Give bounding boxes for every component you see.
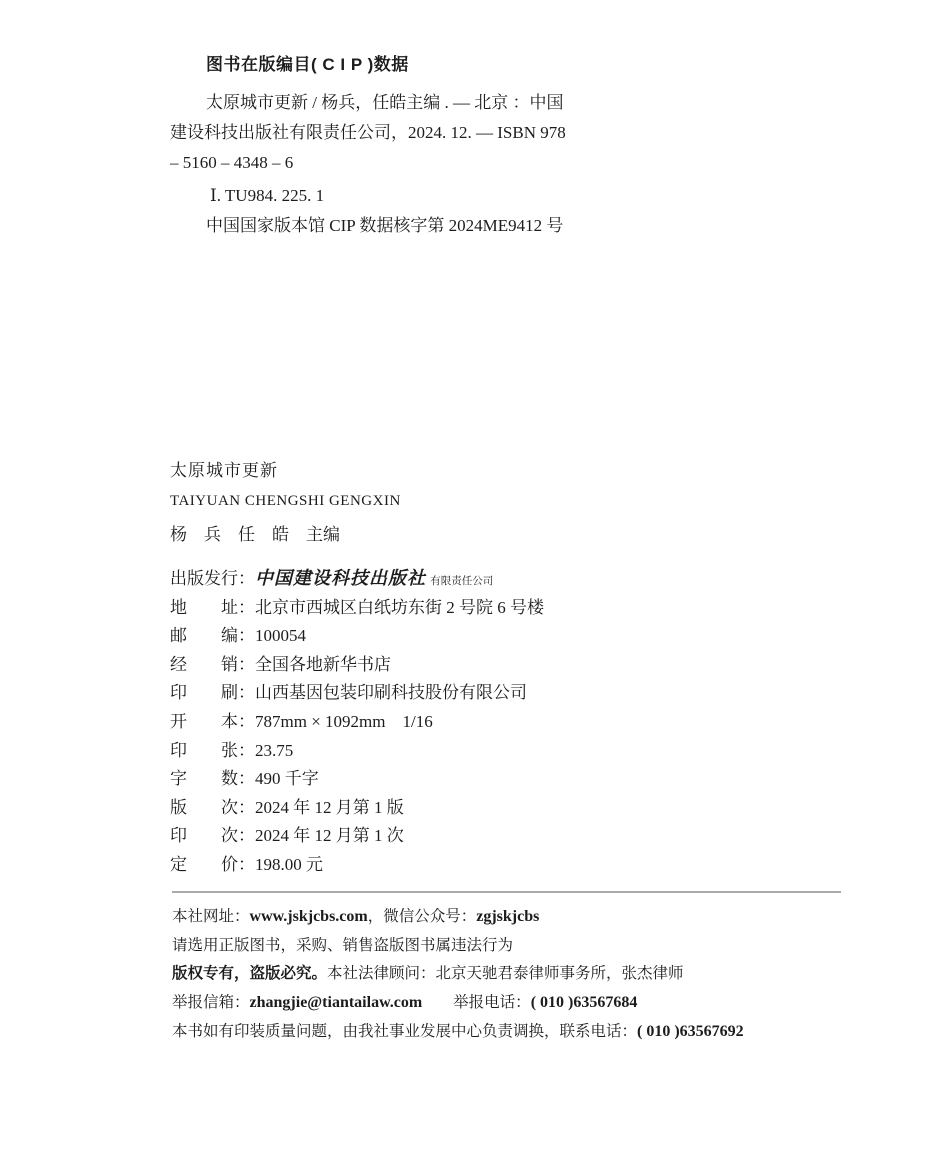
book-title: 太原城市更新 [170, 456, 670, 481]
report-phone: ( 010 )63567684 [531, 994, 638, 1011]
imprint-value: 北京市西城区白纸坊东街 2 号院 6 号楼 [255, 598, 544, 617]
quality-issue-line: 本书如有印装质量问题，由我社事业发展中心负责调换，联系电话：( 010 )635… [172, 1018, 872, 1047]
cip-record: 中国国家版本馆 CIP 数据核字第 2024ME9412 号 [170, 211, 670, 241]
title-block: 太原城市更新 TAIYUAN CHENGSHI GENGXIN 杨 兵 任 皓 … [170, 456, 670, 545]
divider-rule [172, 891, 841, 893]
imprint-label: 版 次： [170, 794, 255, 823]
imprint-label: 邮 编： [170, 622, 255, 651]
imprint-label: 经 销： [170, 651, 255, 680]
imprint-row: 版 次：2024 年 12 月第 1 版 [170, 794, 730, 823]
imprint-label: 出版发行： [170, 565, 255, 594]
imprint-label: 字 数： [170, 765, 255, 794]
imprint-row: 邮 编：100054 [170, 622, 730, 651]
cip-block: 图书在版编目( C I P )数据 太原城市更新 / 杨兵，任皓主编 . — 北… [170, 50, 670, 241]
copyright-page: 图书在版编目( C I P )数据 太原城市更新 / 杨兵，任皓主编 . — 北… [0, 0, 926, 1149]
report-email-label: 举报信箱： [172, 994, 250, 1011]
book-title-pinyin: TAIYUAN CHENGSHI GENGXIN [170, 493, 670, 510]
wechat-label: ，微信公众号： [368, 908, 477, 925]
anti-piracy-line: 请选用正版图书，采购、销售盗版图书属违法行为 [172, 932, 872, 961]
imprint-value: 全国各地新华书店 [255, 655, 391, 674]
cip-line: 太原城市更新 / 杨兵，任皓主编 . — 北京 ：中国 [170, 88, 670, 118]
imprint-row: 地 址：北京市西城区白纸坊东街 2 号院 6 号楼 [170, 594, 730, 623]
website-label: 本社网址： [172, 908, 250, 925]
copyright-notice-line: 版权专有，盗版必究。本社法律顾问：北京天驰君泰律师事务所，张杰律师 [172, 960, 872, 989]
publisher-logo: 中国建设科技出版社 [255, 568, 426, 589]
imprint-row: 印 张：23.75 [170, 737, 730, 766]
quality-issue-text: 本书如有印装质量问题，由我社事业发展中心负责调换，联系电话： [172, 1023, 637, 1040]
cip-heading: 图书在版编目( C I P )数据 [170, 50, 670, 80]
imprint-row-publisher: 出版发行：中国建设科技出版社 有限责任公司 [170, 565, 730, 594]
imprint-row: 印 刷：山西基因包装印刷科技股份有限公司 [170, 679, 730, 708]
imprint-value: 2024 年 12 月第 1 版 [255, 798, 404, 817]
footer-block: 本社网址：www.jskjcbs.com，微信公众号：zgjskjcbs 请选用… [172, 903, 872, 1046]
editors-line: 杨 兵 任 皓 主编 [170, 520, 670, 545]
imprint-row: 字 数：490 千字 [170, 765, 730, 794]
imprint-label: 开 本： [170, 708, 255, 737]
cip-line: 建设科技出版社有限责任公司，2024. 12. — ISBN 978 [170, 118, 670, 148]
imprint-row: 经 销：全国各地新华书店 [170, 651, 730, 680]
cip-line: – 5160 – 4348 – 6 [170, 148, 670, 178]
website-url: www.jskjcbs.com [250, 908, 368, 925]
imprint-label: 印 次： [170, 822, 255, 851]
wechat-id: zgjskjcbs [476, 908, 539, 925]
cip-paragraph: 太原城市更新 / 杨兵，任皓主编 . — 北京 ：中国 建设科技出版社有限责任公… [170, 88, 670, 178]
imprint-value: 23.75 [255, 741, 293, 760]
imprint-value: 787mm × 1092mm 1/16 [255, 712, 433, 731]
imprint-label: 地 址： [170, 594, 255, 623]
cip-classification: Ⅰ. TU984. 225. 1 [170, 181, 670, 211]
legal-counsel-text: 本社法律顾问：北京天驰君泰律师事务所，张杰律师 [327, 965, 684, 982]
imprint-label: 印 刷： [170, 679, 255, 708]
copyright-bold-text: 版权专有，盗版必究。 [172, 965, 327, 982]
imprint-label: 印 张： [170, 737, 255, 766]
imprint-label: 定 价： [170, 851, 255, 880]
imprint-value: 100054 [255, 626, 306, 645]
imprint-value: 2024 年 12 月第 1 次 [255, 826, 404, 845]
service-phone: ( 010 )63567692 [637, 1023, 744, 1040]
imprint-row: 开 本：787mm × 1092mm 1/16 [170, 708, 730, 737]
imprint-value: 山西基因包装印刷科技股份有限公司 [255, 683, 527, 702]
report-email: zhangjie@tiantailaw.com [250, 994, 423, 1011]
report-contact-line: 举报信箱：zhangjie@tiantailaw.com 举报电话：( 010 … [172, 989, 872, 1018]
publisher-suffix: 有限责任公司 [430, 576, 493, 587]
imprint-value: 490 千字 [255, 769, 319, 788]
imprint-row: 印 次：2024 年 12 月第 1 次 [170, 822, 730, 851]
imprint-value: 198.00 元 [255, 855, 323, 874]
imprint-row: 定 价：198.00 元 [170, 851, 730, 880]
footer-website-line: 本社网址：www.jskjcbs.com，微信公众号：zgjskjcbs [172, 903, 872, 932]
report-phone-label: 举报电话： [422, 994, 531, 1011]
imprint-block: 出版发行：中国建设科技出版社 有限责任公司 地 址：北京市西城区白纸坊东街 2 … [170, 565, 730, 880]
